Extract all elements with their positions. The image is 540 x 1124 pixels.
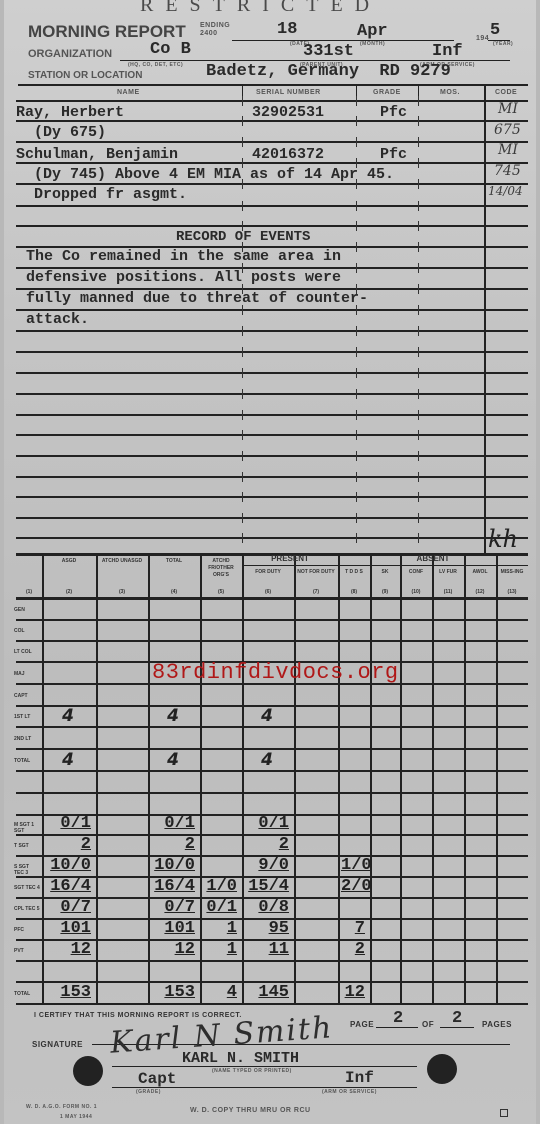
column-number: (12): [464, 589, 496, 596]
table-row-rule: [16, 619, 528, 621]
pages-total-line: [440, 1027, 474, 1028]
rule-line: [16, 393, 528, 395]
column-tick: [418, 179, 419, 189]
table-col-rule: [338, 553, 340, 1005]
table-col-rule: [96, 553, 98, 1005]
column-tick: [418, 492, 419, 502]
column-header: AWOL: [464, 569, 496, 576]
column-number: (8): [338, 589, 370, 596]
column-tick: [418, 451, 419, 461]
column-header: ASGD: [42, 558, 96, 565]
column-tick: [356, 221, 357, 231]
rule-line: [16, 372, 528, 374]
column-number: (9): [370, 589, 400, 596]
col-serial-number: SERIAL NUMBER: [256, 89, 321, 96]
column-header: CONF: [400, 569, 432, 576]
row-label: MAJ: [14, 671, 40, 677]
column-number: (6): [242, 589, 294, 596]
column-tick: [242, 533, 243, 543]
table-col-rule: [432, 553, 434, 1005]
column-header: ATCHD FR/OTHER ORG'S: [200, 558, 242, 579]
table-row-rule: [16, 792, 528, 794]
column-tick: [242, 389, 243, 399]
rule-line: [16, 351, 528, 353]
column-header: FOR DUTY: [242, 569, 294, 576]
column-tick: [418, 284, 419, 294]
column-number: (4): [148, 589, 200, 596]
table-cell: 1: [203, 919, 237, 938]
signer-name-line: [112, 1066, 417, 1067]
table-cell: 1/0: [203, 877, 237, 896]
column-tick: [418, 263, 419, 273]
form-number: W. D. A.G.O. FORM NO. 1: [26, 1104, 97, 1110]
table-col-rule: [42, 553, 44, 1005]
arm-service-value: Inf: [432, 42, 463, 61]
binder-hole-right: [427, 1054, 457, 1084]
column-header: ATCHD UNASGD: [96, 558, 148, 565]
column-number: (13): [496, 589, 528, 596]
rule-line: [16, 434, 528, 436]
row-label: COL: [14, 628, 40, 634]
code-column-rule: [484, 84, 486, 554]
row-label: SGT TEC 4: [14, 885, 40, 891]
initials: kh: [488, 525, 518, 553]
column-tick: [356, 492, 357, 502]
table-cell: 10/0: [151, 856, 195, 875]
rule-line: [16, 205, 528, 207]
col-name: NAME: [117, 89, 140, 96]
table-cell: 153: [45, 983, 91, 1002]
column-tick: [418, 137, 419, 147]
column-tick: [242, 116, 243, 126]
row-label: CPL TEC 5: [14, 906, 40, 912]
row-label: CAPT: [14, 693, 40, 699]
table-cell: 0/8: [245, 898, 289, 917]
column-tick: [418, 305, 419, 315]
signer-grade: Capt: [138, 1070, 176, 1088]
event-line: defensive positions. All posts were: [26, 269, 341, 286]
table-row-rule: [16, 726, 528, 728]
roster-code: 14/04: [488, 184, 523, 198]
column-tick: [242, 451, 243, 461]
table-row-rule: [16, 770, 528, 772]
column-tick: [356, 430, 357, 440]
column-tick: [242, 96, 243, 106]
roster-code: 745: [494, 163, 521, 179]
signer-name-sub-label: (NAME TYPED OR PRINTED): [212, 1068, 292, 1074]
column-tick: [242, 368, 243, 378]
table-cell: 153: [151, 983, 195, 1002]
table-cell: 1/0: [341, 856, 365, 875]
table-row-rule: [16, 640, 528, 642]
present-group-rule: [242, 565, 338, 566]
table-cell: 2: [341, 940, 365, 959]
table-cell: 101: [151, 919, 195, 938]
roster-name: (Dy 675): [16, 124, 106, 141]
absent-group-header: ABSENT: [338, 555, 528, 562]
column-tick: [356, 347, 357, 357]
column-tick: [418, 513, 419, 523]
table-cell: 7: [341, 919, 365, 938]
table-col-rule: [148, 553, 150, 1005]
column-tick: [418, 96, 419, 106]
row-label: TOTAL: [14, 991, 40, 997]
station-line: [18, 84, 528, 86]
rule-line: [16, 225, 528, 227]
watermark: 83rdinfdivdocs.org: [152, 660, 399, 685]
column-number: (3): [96, 589, 148, 596]
rule-line: [16, 476, 528, 478]
station-label: STATION OR LOCATION: [28, 70, 142, 81]
column-tick: [356, 513, 357, 523]
signer-arm: Inf: [345, 1069, 374, 1087]
row-label: 1ST LT: [14, 714, 40, 720]
column-tick: [242, 201, 243, 211]
table-col-rule: [464, 553, 466, 1005]
rule-line: [16, 100, 528, 102]
row-label: PVT: [14, 948, 40, 954]
roster-code: MI: [498, 101, 518, 117]
column-tick: [418, 221, 419, 231]
column-tick: [356, 410, 357, 420]
table-cell: 11: [245, 940, 289, 959]
column-tick: [242, 137, 243, 147]
record-of-events-title: RECORD OF EVENTS: [176, 229, 310, 245]
year-sub-label: (YEAR): [493, 41, 513, 47]
report-year: 5: [490, 21, 500, 40]
organization-sub-label: (HQ, CO, DET, ETC): [128, 62, 183, 68]
column-header: LV FUR: [432, 569, 464, 576]
table-cell: 0/1: [203, 898, 237, 917]
page-number: 2: [393, 1009, 403, 1028]
rule-line: [16, 496, 528, 498]
roster-serial: 42016372: [252, 146, 324, 163]
column-header: MISS-ING: [496, 569, 528, 576]
pages-label: PAGES: [482, 1020, 512, 1029]
copy-note: W. D. COPY THRU MRU OR RCU: [190, 1107, 311, 1114]
column-header: T D D S: [338, 569, 370, 576]
table-cell: 2: [151, 835, 195, 854]
column-number: (7): [294, 589, 338, 596]
of-label: OF: [422, 1020, 434, 1029]
event-line: fully manned due to threat of counter-: [26, 290, 368, 307]
table-cell: 1: [203, 940, 237, 959]
column-header: NOT FOR DUTY: [294, 569, 338, 576]
table-cell: 0/1: [45, 814, 91, 833]
column-tick: [356, 533, 357, 543]
table-cell: 12: [341, 983, 365, 1002]
roster-code: 675: [494, 122, 521, 138]
table-cell: 9/0: [245, 856, 289, 875]
column-tick: [418, 116, 419, 126]
column-tick: [356, 472, 357, 482]
row-label: T SGT: [14, 843, 40, 849]
table-cell: 4: [245, 706, 289, 726]
table-cell: 2: [245, 835, 289, 854]
arm-sub-label: (ARM OR SERVICE): [322, 1089, 377, 1095]
table-cell: 4: [151, 706, 195, 726]
column-tick: [356, 96, 357, 106]
rule-line: [16, 309, 528, 311]
table-header-rule: [16, 597, 528, 600]
table-cell: 16/4: [151, 877, 195, 896]
corner-box-icon: [500, 1109, 508, 1117]
column-tick: [418, 158, 419, 168]
table-cell: 95: [245, 919, 289, 938]
table-cell: 101: [45, 919, 91, 938]
roster-serial: 32902531: [252, 104, 324, 121]
column-tick: [242, 326, 243, 336]
rule-line: [16, 141, 528, 143]
rule-line: [16, 537, 528, 539]
table-col-rule: [242, 553, 244, 1005]
table-col-rule: [200, 553, 202, 1005]
ending-label: ENDING 2400: [200, 22, 238, 38]
column-number: (5): [200, 589, 242, 596]
rule-line: [16, 455, 528, 457]
column-tick: [242, 347, 243, 357]
column-tick: [418, 533, 419, 543]
column-number: (2): [42, 589, 96, 596]
col-grade: GRADE: [373, 89, 401, 96]
table-cell: 12: [151, 940, 195, 959]
column-tick: [356, 116, 357, 126]
rule-line: [16, 517, 528, 519]
row-label: S SGT TEC 3: [14, 864, 40, 876]
rule-line: [16, 330, 528, 332]
column-tick: [242, 410, 243, 420]
report-day: 18: [277, 20, 297, 39]
roster-name: Schulman, Benjamin: [16, 146, 178, 163]
row-label: 2ND LT: [14, 736, 40, 742]
form-title: MORNING REPORT: [28, 22, 186, 42]
column-tick: [242, 430, 243, 440]
column-tick: [418, 242, 419, 252]
table-cell: 10/0: [45, 856, 91, 875]
station-value: Badetz, Germany RD 9279: [206, 62, 451, 81]
table-cell: 4: [203, 983, 237, 1002]
rule-line: [16, 183, 528, 185]
col-mos: MOS.: [440, 89, 460, 96]
roster-grade: Pfc: [380, 146, 407, 163]
column-tick: [418, 472, 419, 482]
table-col-rule: [370, 553, 372, 1005]
column-tick: [356, 263, 357, 273]
column-tick: [356, 368, 357, 378]
table-cell: 2/0: [341, 877, 365, 896]
row-label: M SGT 1 SGT: [14, 822, 40, 834]
column-tick: [418, 326, 419, 336]
row-label: GEN: [14, 607, 40, 613]
signature-label: SIGNATURE: [32, 1040, 83, 1049]
table-cell: 4: [245, 750, 289, 770]
column-tick: [242, 472, 243, 482]
signer-name: KARL N. SMITH: [182, 1050, 299, 1067]
table-cell: 16/4: [45, 877, 91, 896]
column-tick: [356, 137, 357, 147]
page-label: PAGE: [350, 1020, 374, 1029]
roster-name: Dropped fr asgmt.: [16, 186, 187, 203]
column-number: (11): [432, 589, 464, 596]
table-col-rule: [496, 553, 498, 1005]
column-tick: [418, 347, 419, 357]
column-tick: [242, 513, 243, 523]
table-cell: 4: [151, 750, 195, 770]
roster-grade: Pfc: [380, 104, 407, 121]
table-row-rule: [16, 1003, 528, 1005]
column-tick: [418, 410, 419, 420]
grade-sub-label: (GRADE): [136, 1089, 161, 1095]
event-line: The Co remained in the same area in: [26, 248, 341, 265]
column-number: (1): [16, 589, 42, 596]
table-cell: 15/4: [245, 877, 289, 896]
row-label: TOTAL: [14, 758, 40, 764]
month-sub-label: (MONTH): [360, 41, 385, 47]
column-tick: [242, 492, 243, 502]
column-header: SK: [370, 569, 400, 576]
column-tick: [418, 430, 419, 440]
table-cell: 0/1: [245, 814, 289, 833]
form-date: 1 MAY 1944: [60, 1114, 92, 1120]
column-tick: [418, 389, 419, 399]
table-cell: 0/7: [45, 898, 91, 917]
roster-name: (Dy 745) Above 4 EM MIA as of 14 Apr 45.: [16, 166, 394, 183]
column-tick: [418, 201, 419, 211]
table-cell: 0/7: [151, 898, 195, 917]
column-tick: [356, 451, 357, 461]
column-header: TOTAL: [148, 558, 200, 565]
binder-hole-left: [73, 1056, 103, 1086]
grade-line: [112, 1087, 417, 1088]
table-col-rule: [400, 553, 402, 1005]
column-number: (10): [400, 589, 432, 596]
column-tick: [356, 242, 357, 252]
present-group-header: PRESENT: [242, 555, 338, 562]
page-line: [376, 1027, 418, 1028]
rule-line: [16, 414, 528, 416]
col-code: CODE: [495, 89, 517, 96]
table-cell: 4: [45, 706, 91, 726]
classification-stamp: RESTRICTED: [140, 0, 381, 17]
organization-label: ORGANIZATION: [28, 48, 112, 60]
pages-total: 2: [452, 1009, 462, 1028]
organization-value: Co B: [150, 40, 191, 59]
date-line: [232, 40, 454, 41]
table-cell: 2: [45, 835, 91, 854]
table-cell: 12: [45, 940, 91, 959]
column-tick: [356, 326, 357, 336]
report-month: Apr: [357, 22, 388, 41]
table-cell: 145: [245, 983, 289, 1002]
column-tick: [356, 389, 357, 399]
roster-code: MI: [498, 142, 518, 158]
column-tick: [356, 201, 357, 211]
row-label: LT COL: [14, 649, 40, 655]
row-label: PFC: [14, 927, 40, 933]
table-cell: 0/1: [151, 814, 195, 833]
table-row-rule: [16, 960, 528, 962]
event-line: attack.: [26, 311, 89, 328]
table-cell: 4: [45, 750, 91, 770]
parent-unit-value: 331st: [303, 42, 354, 61]
table-col-rule: [294, 553, 296, 1005]
roster-name: Ray, Herbert: [16, 104, 124, 121]
column-tick: [418, 368, 419, 378]
